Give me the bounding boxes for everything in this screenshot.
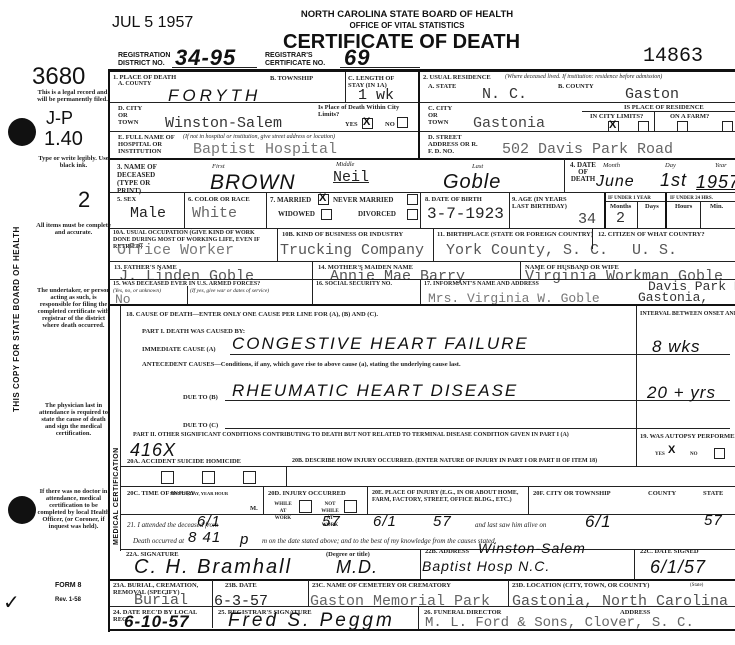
death-county-value[interactable]: FORYTH — [168, 86, 261, 106]
never-married-label: NEVER MARRIED — [333, 197, 393, 204]
date-of-death-label: 4. DATE OF DEATH — [567, 162, 599, 183]
checkmark-icon: ✓ — [3, 590, 20, 615]
residence-county-label: b. COUNTY — [558, 83, 594, 90]
vertical-copy-label: THIS COPY FOR STATE BOARD OF HEALTH — [12, 226, 21, 412]
middle-name-label: Middle — [336, 161, 354, 168]
citizenship-label: 12. CITIZEN OF WHAT COUNTRY? — [598, 231, 705, 238]
on-farm-label: On a Farm? — [670, 113, 709, 120]
under-24-hours-label: IF UNDER 24 HRS. — [670, 195, 713, 202]
place-of-injury-label: 20e. PLACE OF INJURY (e.g., in or about … — [372, 490, 522, 504]
residence-state-label: a. STATE — [428, 83, 456, 90]
document-title: CERTIFICATE OF DEATH — [283, 31, 520, 54]
office-name: OFFICE OF VITAL STATISTICS — [287, 21, 527, 30]
last-name-label: Last — [472, 163, 483, 170]
note-physician: The physician last in attendance is requ… — [36, 402, 111, 437]
accident-checkbox[interactable] — [161, 471, 174, 484]
first-name-label: First — [212, 163, 225, 170]
part1-label: PART I. DEATH WAS CAUSED BY: — [142, 328, 245, 335]
middle-name-value[interactable]: Neil — [333, 169, 369, 186]
death-ampm-value[interactable]: p — [240, 531, 249, 548]
board-name: NORTH CAROLINA STATE BOARD OF HEALTH — [287, 9, 527, 20]
place-of-death-label: 1. PLACE OF DEATH — [113, 74, 176, 81]
death-occurred-rest: m on the date stated above; and to the b… — [262, 538, 496, 545]
autopsy-no-checkbox[interactable] — [714, 448, 725, 459]
autopsy-label: 19. WAS AUTOPSY PERFORMED? — [640, 433, 735, 440]
cause-of-death-label: 18. CAUSE OF DEATH—ENTER ONLY ONE CAUSE … — [126, 311, 378, 318]
due-to-b-label: DUE TO (b) — [183, 394, 218, 401]
injury-type-label: 20a. ACCIDENT SUICIDE HOMICIDE — [127, 458, 241, 465]
margin-hand-140: 1.40 — [44, 128, 83, 151]
informant-address-line2[interactable]: Gastonia, — [638, 290, 708, 305]
injury-time-sub: MONTH, DAY, YEAR HOUR — [170, 490, 228, 497]
no-label: NO — [385, 121, 395, 128]
months-value[interactable]: 2 — [616, 210, 625, 227]
burial-date-label: 23b. DATE — [225, 582, 257, 589]
physician-address-line2[interactable]: Baptist Hosp N.C. — [422, 558, 550, 574]
married-checkbox[interactable] — [318, 194, 329, 205]
in-city-limits-label: In City Limits? — [590, 113, 643, 120]
punch-hole-icon — [8, 496, 36, 524]
degree-value[interactable]: M.D. — [336, 557, 378, 578]
within-city-yes-checkbox[interactable] — [362, 118, 373, 129]
form-number: FORM 8 — [55, 582, 81, 589]
death-occurred-label: Death occurred at — [133, 538, 184, 545]
attended-to-value[interactable]: 6/1 — [373, 513, 397, 530]
registration-district-label: REGISTRATION DISTRICT NO. — [118, 52, 173, 68]
informant-label: 17. INFORMANT'S NAME AND ADDRESS — [424, 281, 539, 288]
homicide-checkbox[interactable] — [243, 471, 256, 484]
injury-city-label: 20f. CITY OR TOWNSHIP — [533, 490, 611, 497]
death-day-value[interactable]: 1st — [660, 170, 687, 191]
attended-to-year[interactable]: 57 — [433, 513, 452, 530]
due-to-c-label: DUE TO (c) — [183, 422, 218, 429]
part2-label: PART II. OTHER SIGNIFICANT CONDITIONS CO… — [133, 432, 569, 439]
immediate-interval-value[interactable]: 8 wks — [652, 337, 700, 357]
death-city-value[interactable]: Winston-Salem — [165, 115, 282, 132]
injury-describe-label: 20b. DESCRIBE HOW INJURY OCCURRED. (Ente… — [292, 458, 597, 465]
city-label: d. CITY OR TOWN — [118, 105, 148, 126]
occupation-value[interactable]: Office Worker — [117, 242, 234, 259]
death-year-label: Year — [715, 162, 727, 169]
injury-county-label: COUNTY — [648, 490, 676, 497]
color-race-value[interactable]: White — [192, 205, 237, 222]
age-value[interactable]: 34 — [578, 211, 596, 228]
punch-hole-icon — [8, 118, 36, 146]
not-while-at-work-checkbox[interactable] — [344, 500, 357, 513]
antecedent-label: ANTECEDENT CAUSES—Conditions, if any, wh… — [142, 361, 632, 368]
usual-residence-label: 2. USUAL RESIDENCE — [423, 74, 491, 81]
death-time-value[interactable]: 8 41 — [188, 529, 221, 546]
last-saw-label: and last saw him alive on — [475, 522, 546, 529]
margin-hand-3680: 3680 — [32, 63, 85, 91]
citizenship-value[interactable]: U. S. — [632, 242, 677, 259]
injury-occurred-label: 20d. INJURY OCCURRED — [268, 490, 346, 497]
date-signed-value[interactable]: 6/1/57 — [650, 557, 706, 578]
cemetery-value[interactable]: Gaston Memorial Park — [310, 593, 490, 610]
business-label: 10b. KIND OF BUSINESS OR INDUSTRY — [282, 231, 403, 238]
note-all-items: All items must be complete and accurate. — [36, 222, 111, 236]
birthplace-label: 11. BIRTHPLACE (State or foreign country… — [437, 231, 593, 238]
street-value[interactable]: 502 Davis Park Road — [502, 141, 673, 158]
while-at-work-label: WHILE AT WORK — [271, 501, 295, 522]
physician-address-label: 22b. ADDRESS — [425, 548, 469, 555]
due-to-b-value[interactable]: RHEUMATIC HEART DISEASE — [232, 381, 518, 401]
note-undertaker: The undertaker, or person acting as such… — [36, 287, 111, 329]
suicide-checkbox[interactable] — [202, 471, 215, 484]
armed-forces-sub2: (If yes, give war or dates of service) — [190, 288, 269, 295]
medical-certification-vertical: MEDICAL CERTIFICATION — [113, 447, 120, 545]
age-label: 9. AGE (In years last birthday) — [512, 196, 574, 210]
never-married-checkbox[interactable] — [407, 194, 418, 205]
margin-hand-2: 2 — [78, 187, 90, 213]
date-received-value[interactable]: 6-10-57 — [124, 612, 190, 632]
burial-date-value[interactable]: 6-3-57 — [214, 593, 268, 610]
county-label: a. COUNTY — [118, 81, 151, 88]
interval-label: INTERVAL BETWEEN ONSET AND DEATH — [640, 311, 735, 318]
business-value[interactable]: Trucking Company — [280, 242, 424, 259]
physician-address-line1[interactable]: Winston-Salem — [478, 540, 586, 556]
birthplace-value[interactable]: York County, S. C. — [446, 242, 608, 259]
name-label: 3. NAME OF DECEASED (Type or Print) — [117, 163, 172, 195]
hospital-note: (If not in hospital or institution, give… — [183, 134, 335, 141]
registrar-signature[interactable]: Fred S. Peggm — [228, 610, 395, 632]
immediate-cause-value[interactable]: CONGESTIVE HEART FAILURE — [232, 334, 529, 354]
physician-signature[interactable]: C. H. Bramhall — [134, 556, 292, 579]
minutes-label: Min. — [710, 203, 723, 210]
residence-city-value[interactable]: Gastonia — [473, 115, 545, 132]
note-type-legibly: Type or write legibly. Use black ink. — [36, 155, 111, 169]
attended-from-year[interactable]: 57 — [322, 513, 341, 530]
township-label: b. TOWNSHIP — [270, 75, 313, 82]
color-race-label: 6. COLOR OR RACE — [188, 196, 250, 203]
location-label: 23d. LOCATION (City, town, or county) — [512, 582, 649, 589]
married-label: 7. MARRIED — [270, 197, 311, 204]
registrar-certificate-label: REGISTRAR'S CERTIFICATE NO. — [265, 52, 340, 68]
sex-value[interactable]: Male — [130, 205, 166, 222]
hospital-value[interactable]: Baptist Hospital — [193, 141, 337, 158]
form-revision: Rev. 1-58 — [55, 597, 81, 603]
within-city-no-checkbox[interactable] — [397, 117, 408, 128]
due-to-b-interval-value[interactable]: 20 + yrs — [647, 383, 716, 403]
death-year-value[interactable]: 1957 — [696, 172, 735, 193]
attended-from-value[interactable]: 6/1 — [197, 513, 221, 530]
cemetery-label: 23c. NAME OF CEMETERY OR CREMATORY — [312, 582, 451, 589]
while-at-work-checkbox[interactable] — [299, 500, 312, 513]
autopsy-yes-label: YES — [655, 451, 665, 458]
note-no-doctor: If there was no doctor in attendance, me… — [36, 488, 111, 530]
widowed-checkbox[interactable] — [321, 209, 332, 220]
birth-date-value[interactable]: 3-7-1923 — [427, 205, 504, 223]
divorced-checkbox[interactable] — [407, 209, 418, 220]
birth-date-label: 8. DATE OF BIRTH — [425, 196, 482, 203]
location-state-label: (State) — [690, 582, 703, 589]
note-legal-record: This is a legal record and will be perma… — [35, 89, 110, 103]
sex-label: 5. SEX — [117, 196, 136, 203]
death-month-label: Month — [603, 162, 620, 169]
residence-city-label: c. CITY OR TOWN — [428, 105, 458, 126]
received-stamp-date: JUL 5 1957 — [112, 14, 193, 32]
widowed-label: WIDOWED — [278, 211, 315, 218]
funeral-director-value[interactable]: M. L. Ford & Sons, Clover, S. C. — [425, 615, 694, 631]
margin-hand-mark: J-P — [46, 108, 73, 129]
days-label: Days — [645, 203, 659, 210]
hours-label: Hours — [675, 203, 692, 210]
usual-residence-note: (Where deceased lived. If institution: r… — [505, 74, 662, 81]
street-label: d. STREET ADDRESS or R. F. D. NO. — [428, 134, 478, 155]
residence-county-value[interactable]: Gaston — [625, 86, 679, 103]
autopsy-yes-checkbox[interactable] — [668, 447, 677, 456]
death-month-value[interactable]: June — [596, 173, 635, 191]
immediate-cause-label: IMMEDIATE CAUSE (a) — [142, 346, 216, 353]
divorced-label: DIVORCED — [358, 211, 396, 218]
hospital-label: e. FULL NAME OF HOSPITAL OR INSTITUTION — [118, 134, 178, 155]
last-saw-year[interactable]: 57 — [704, 512, 723, 529]
yes-label: YES — [345, 121, 358, 128]
autopsy-no-label: NO — [690, 451, 698, 458]
injury-time-m: M. — [250, 505, 258, 512]
residence-state-value[interactable]: N. C. — [482, 86, 527, 103]
place-of-residence-label: Is Place of Residence — [624, 104, 704, 111]
location-value[interactable]: Gastonia, North Carolina — [512, 593, 728, 610]
last-name-value[interactable]: Goble — [443, 171, 501, 194]
file-number: 14863 — [643, 45, 703, 68]
death-day-label: Day — [665, 162, 676, 169]
last-saw-date[interactable]: 6/1 — [585, 512, 612, 532]
ssn-label: 16. SOCIAL SECURITY NO. — [316, 281, 392, 288]
months-label: Months — [610, 203, 631, 210]
injury-state-label: STATE — [703, 490, 723, 497]
date-signed-label: 22c. DATE SIGNED — [640, 548, 699, 555]
